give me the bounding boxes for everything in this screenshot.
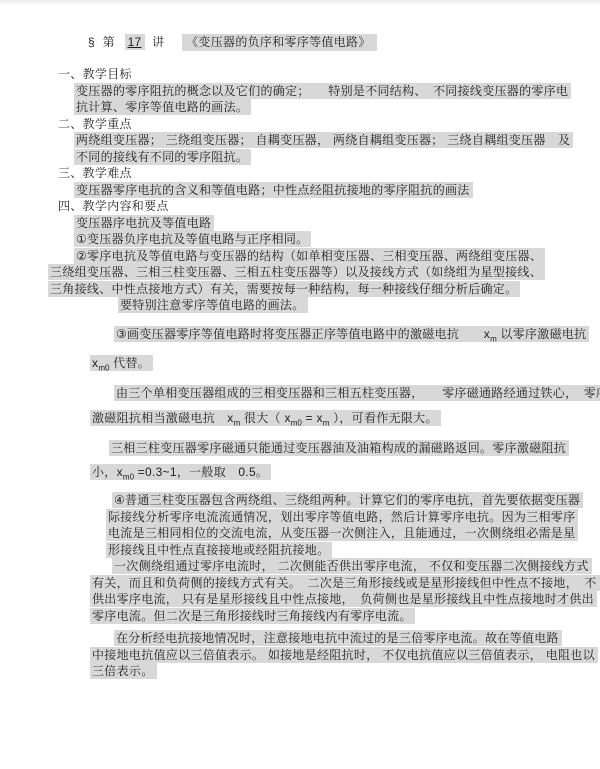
text-line: 抗计算、零序等值电路的画法。 [74,99,556,116]
highlighted-text: 形接线且中性点直接接地或经阻抗接地。 [106,542,332,558]
text-line: ①变压器负序电抗及等值电路与正序相同。 [74,231,556,248]
highlighted-text: 零序电流。但二次是三角形接线时三角接线内有零序电流。 [90,608,415,624]
highlighted-text: ②零序电抗及等值电路与变压器的结构（如单相变压器、三相变压器、两绕组变压器、 [74,248,545,264]
text-line: 一、教学目标 [58,66,556,83]
highlighted-text: ①变压器负序电抗及等值电路与正序相同。 [74,231,311,247]
highlighted-text: 两绕组变压器； 三绕组变压器； 自耦变压器， 两绕自耦组变压器； 三绕自耦组变压… [74,132,573,148]
text-line: 不同的接线有不同的零序阻抗。 [74,149,556,166]
text-line: 供出零序电流， 只有是星形接线且中性点接地， 负荷侧也是星形接线且中性点接地时才… [90,591,556,608]
text-line: 有关，而且和负荷侧的接线方式有关。 二次是三角形接线或是星形接线但中性点不接地，… [90,575,556,592]
highlighted-text: 际接线分析零序电流流通情况，划出零序等值电路，然后计算零序电抗。因为三相零序 [106,509,578,525]
text-line: 变压器的零序阻抗的概念以及它们的确定； 特别是不同结构、 不同接线变压器的零序电 [74,83,556,100]
text-line: ③画变压器零序等值电路时将变压器正序等值电路中的激磁电抗 xm 以零序激磁电抗 [114,326,556,348]
text-line: 中接地电抗值应以三倍值表示。 如接地是经阻抗时， 不仅电抗值应以三倍值表示， 电… [90,647,556,664]
highlighted-text: ④普通三柱变压器包含两绕组、三绕组两种。计算它们的零序电抗，首先要依据变压器 [112,492,583,508]
text-line: 三相三柱变压器零序磁通只能通过变压器油及油箱构成的漏磁路返回。零序激磁阻抗 [109,440,556,457]
text-line: 三角接线、中性点接地方式）有关，需要按每一种结构，每一种接线仔细分析后确定。 [48,281,556,298]
highlighted-text: 由三个单相变压器组成的三相变压器和三相五柱变压器， 零序磁通路经通过铁心， 零序 [114,385,600,401]
text-line: 际接线分析零序电流流通情况，划出零序等值电路，然后计算零序电抗。因为三相零序 [106,509,556,526]
highlighted-text: 三绕组变压器、三相三柱变压器、三相五柱变压器等）以及接线方式（如绕组为星型接线、 [48,264,545,280]
scan-edge [0,0,600,6]
highlighted-text: 变压器的零序阻抗的概念以及它们的确定； 特别是不同结构、 不同接线变压器的零序电 [74,83,571,99]
text-line: 要特别注意零序等值电路的画法。 [118,297,556,314]
highlighted-text: 小，xm0 =0.3~1，一般取 0.5。 [90,464,271,480]
highlighted-text: 有关，而且和负荷侧的接线方式有关。 二次是三角形接线或是星形接线但中性点不接地，… [90,575,600,591]
text-line: xm0 代替。 [90,355,556,377]
text-line: 激磁阻抗相当激磁电抗 xm 很大（ xm0 = xm ），可看作无限大。 [90,410,556,432]
text-line: 三绕组变压器、三相三柱变压器、三相五柱变压器等）以及接线方式（如绕组为星型接线、 [48,264,556,281]
lecture-title: 《变压器的负序和零序等值电路》 [182,34,377,51]
text-line: 一次侧绕组通过零序电流时， 二次侧能否供出零序电流， 不仅和变压器二次侧接线方式 [112,558,556,575]
highlighted-text: 一次侧绕组通过零序电流时， 二次侧能否供出零序电流， 不仅和变压器二次侧接线方式 [112,558,592,574]
lecture-prefix: 第 [103,35,115,49]
text-line: 二、教学重点 [58,116,556,133]
text-line: 由三个单相变压器组成的三相变压器和三相五柱变压器， 零序磁通路经通过铁心， 零序 [114,385,556,402]
text-line: 两绕组变压器； 三绕组变压器； 自耦变压器， 两绕自耦组变压器； 三绕自耦组变压… [74,132,556,149]
document-body: 一、教学目标变压器的零序阻抗的概念以及它们的确定； 特别是不同结构、 不同接线变… [48,66,556,680]
highlighted-text: 三角接线、中性点接地方式）有关，需要按每一种结构，每一种接线仔细分析后确定。 [48,281,520,297]
text-line: ④普通三柱变压器包含两绕组、三绕组两种。计算它们的零序电抗，首先要依据变压器 [112,492,556,509]
highlighted-text: 变压器序电抗及等值电路 [74,215,214,231]
text-line: 三倍表示。 [90,663,556,680]
heading-text: 三、教学难点 [58,166,132,180]
highlighted-text: 三倍表示。 [90,663,157,679]
text-line: 零序电流。但二次是三角形接线时三角接线内有零序电流。 [90,608,556,625]
section-mark: § [88,35,95,49]
text-line: 三、教学难点 [58,165,556,182]
text-line: 小，xm0 =0.3~1，一般取 0.5。 [90,464,556,486]
text-line: ②零序电抗及等值电路与变压器的结构（如单相变压器、三相变压器、两绕组变压器、 [74,248,556,265]
highlighted-text: 电流是三相同相位的交流电流，从变压器一次侧注入，且能通过，一次侧绕组必需是星 [106,525,578,541]
highlighted-text: 中接地电抗值应以三倍值表示。 如接地是经阻抗时， 不仅电抗值应以三倍值表示， 电… [90,647,598,663]
highlighted-text: 供出零序电流， 只有是星形接线且中性点接地， 负荷侧也是星形接线且中性点接地时才… [90,591,597,607]
lecture-suffix: 讲 [152,35,164,49]
text-line: 电流是三相同相位的交流电流，从变压器一次侧注入，且能通过，一次侧绕组必需是星 [106,525,556,542]
heading-text: 一、教学目标 [58,67,132,81]
text-line: 变压器序电抗及等值电路 [74,215,556,232]
text-line: 形接线且中性点直接接地或经阻抗接地。 [106,542,556,559]
text-line: 变压器零序电抗的含义和等值电路；中性点经阻抗接地的零序阻抗的画法 [74,182,556,199]
heading-text: 二、教学重点 [58,117,132,131]
lecture-number: 17 [125,34,145,50]
highlighted-text: 不同的接线有不同的零序阻抗。 [74,149,251,165]
highlighted-text: 要特别注意零序等值电路的画法。 [118,297,308,313]
text-line: 四、教学内容和要点 [58,198,556,215]
highlighted-text: 抗计算、零序等值电路的画法。 [74,99,251,115]
text-line: 在分析经电抗接地情况时，注意接地电抗中流过的是三倍零序电流。故在等值电路 [114,630,556,647]
highlighted-text: 激磁阻抗相当激磁电抗 xm 很大（ xm0 = xm ），可看作无限大。 [90,410,441,426]
highlighted-text: ③画变压器零序等值电路时将变压器正序等值电路中的激磁电抗 xm 以零序激磁电抗 [114,326,589,342]
highlighted-text: 三相三柱变压器零序磁通只能通过变压器油及油箱构成的漏磁路返回。零序激磁阻抗 [109,440,569,456]
heading-text: 四、教学内容和要点 [58,199,169,213]
lecture-heading: § 第 17 讲 《变压器的负序和零序等值电路》 [88,34,556,51]
highlighted-text: 变压器零序电抗的含义和等值电路；中性点经阻抗接地的零序阻抗的画法 [74,182,473,198]
highlighted-text: 在分析经电抗接地情况时，注意接地电抗中流过的是三倍零序电流。故在等值电路 [114,630,562,646]
document-page: § 第 17 讲 《变压器的负序和零序等值电路》 一、教学目标变压器的零序阻抗的… [0,0,600,769]
highlighted-text: xm0 代替。 [90,355,153,371]
